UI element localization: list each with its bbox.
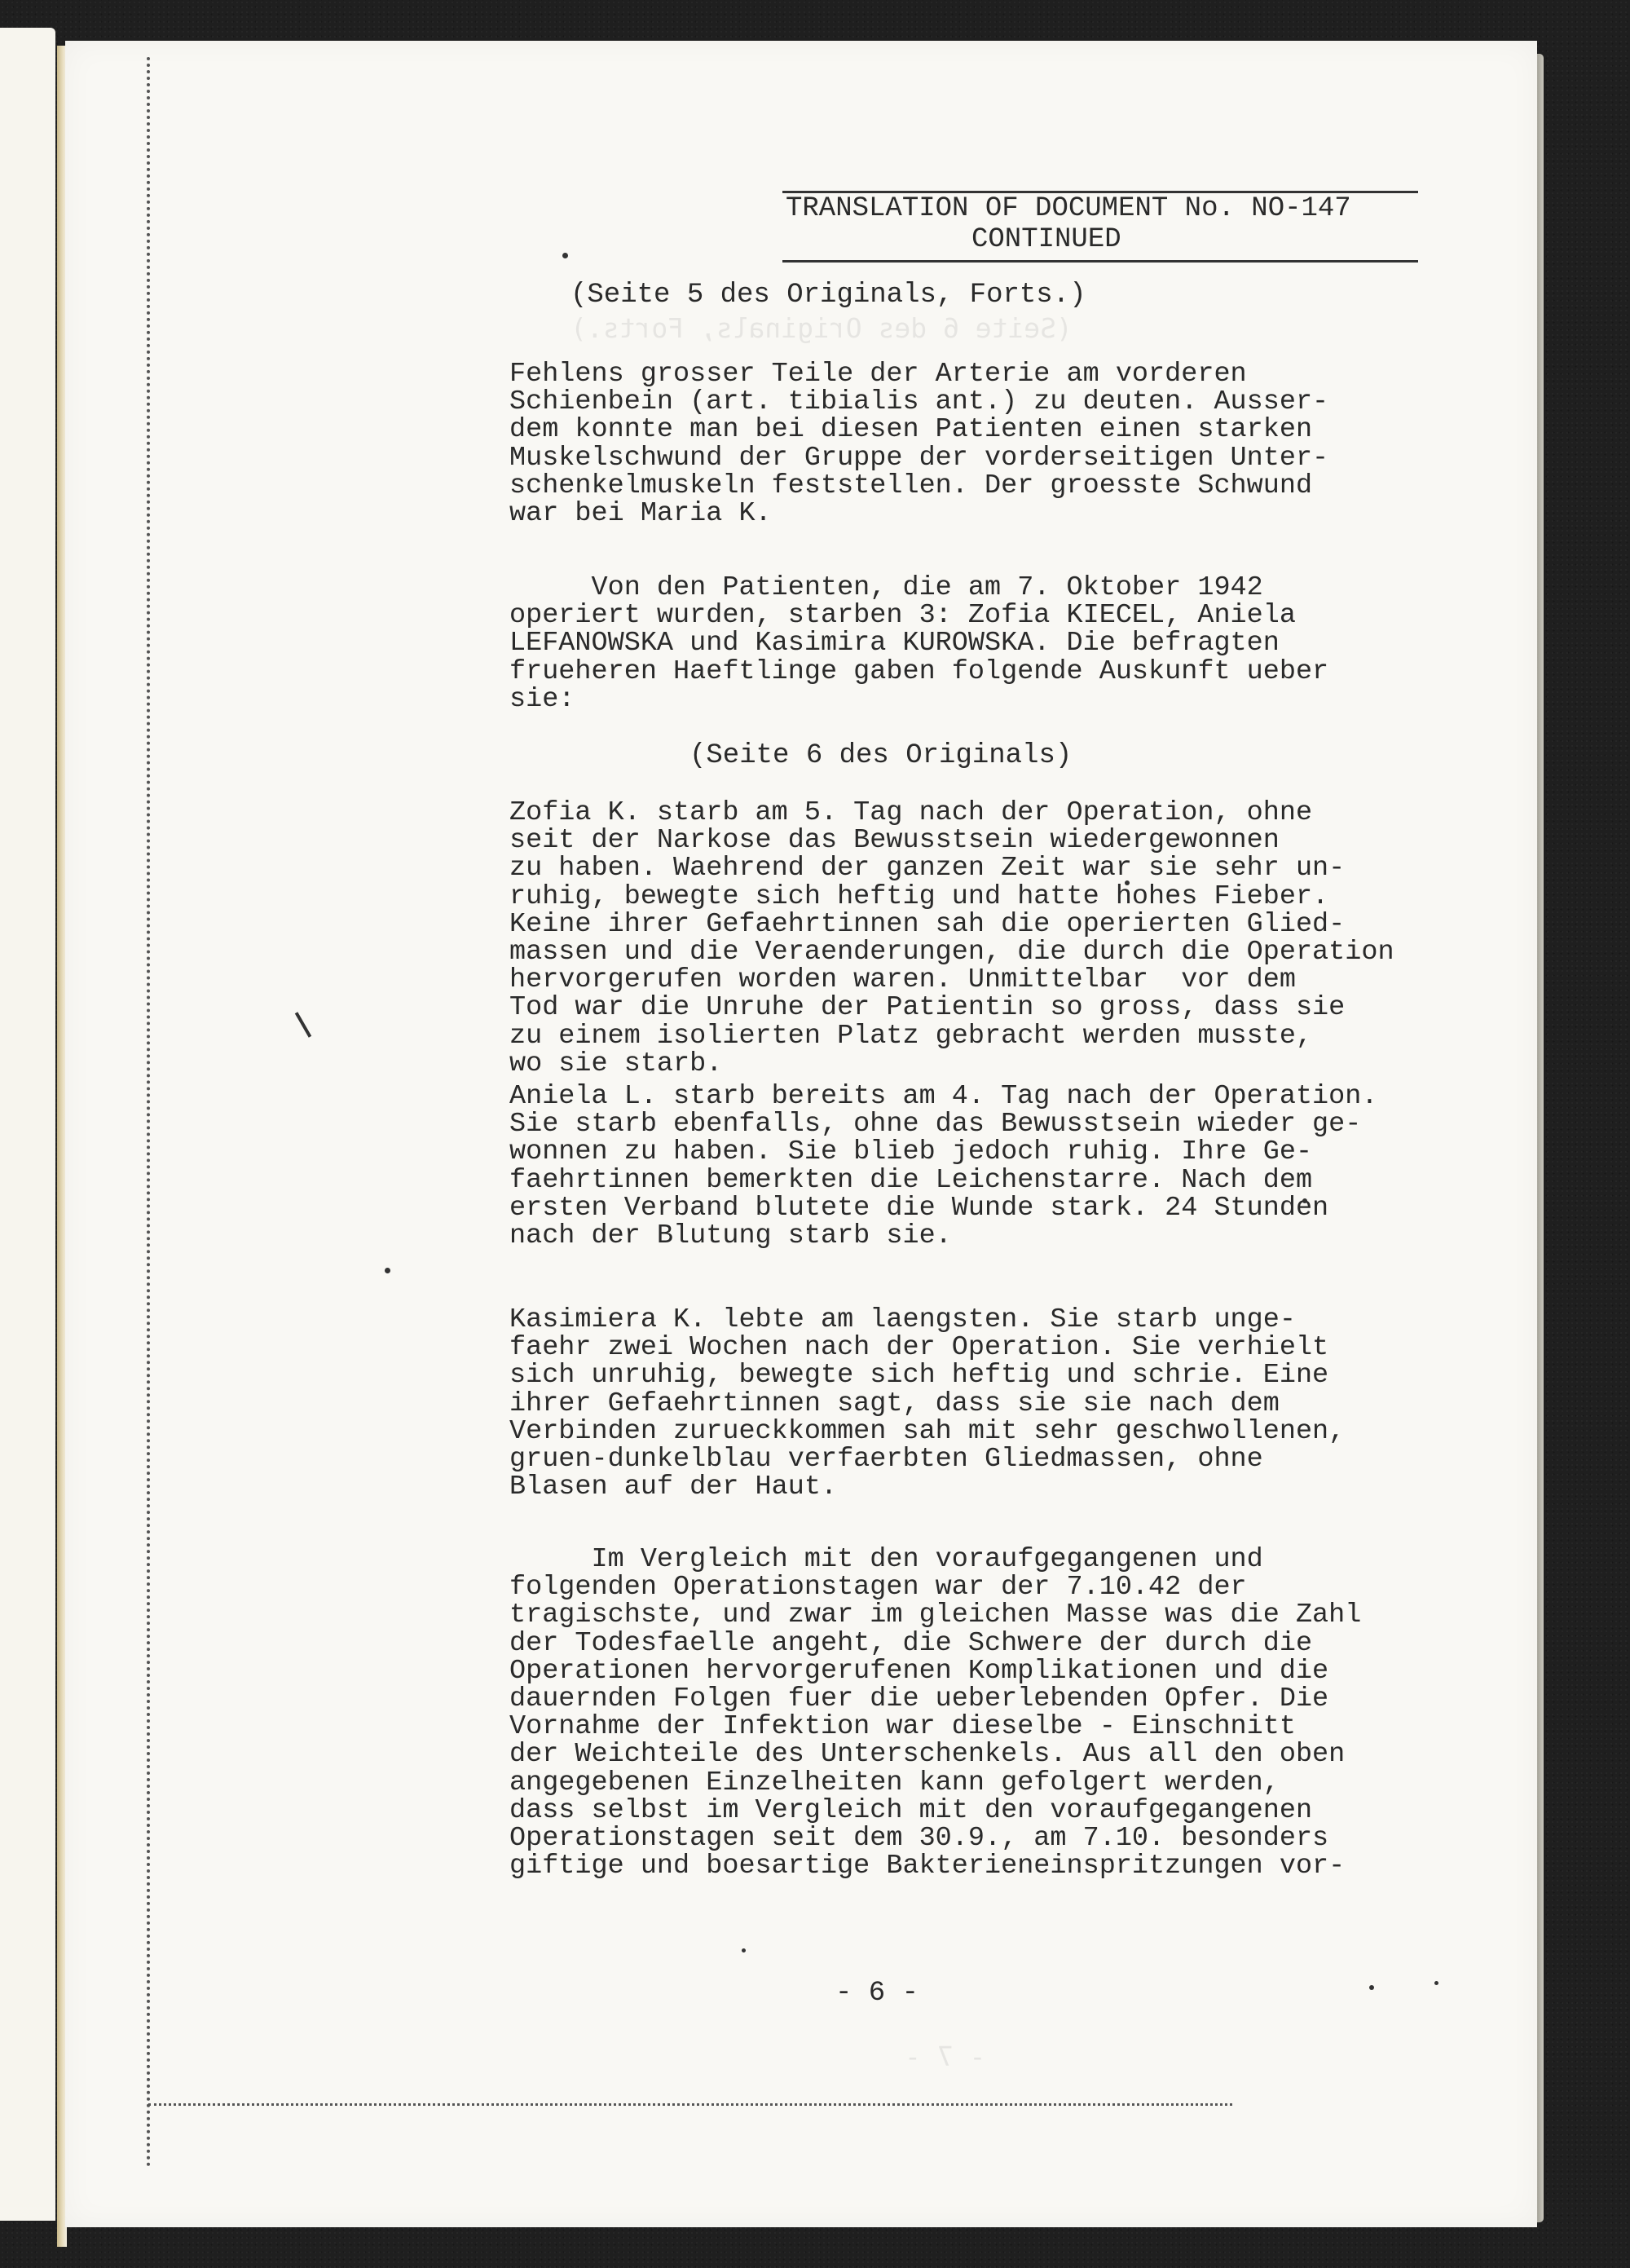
page-number: - 6 - bbox=[835, 1978, 919, 2009]
section-title-page-6: (Seite 6 des Originals) bbox=[689, 739, 1072, 772]
speck bbox=[1369, 1985, 1374, 1990]
document-page: (Seite 6 des Originals, Forts.) - 7 - TR… bbox=[65, 41, 1537, 2227]
typewritten-content: TRANSLATION OF DOCUMENT No. NO-147 CONTI… bbox=[65, 41, 1537, 2227]
speck bbox=[1302, 1198, 1307, 1203]
header-continued: CONTINUED bbox=[782, 224, 1418, 255]
section-title-page-5: (Seite 5 des Originals, Forts.) bbox=[570, 279, 1086, 311]
paragraph: Von den Patienten, die am 7. Oktober 194… bbox=[509, 574, 1430, 713]
paragraph: Zofia K. starb am 5. Tag nach der Operat… bbox=[509, 799, 1430, 1078]
paragraph: Fehlens grosser Teile der Arterie am vor… bbox=[509, 360, 1430, 527]
header-bottom-rule bbox=[782, 260, 1418, 263]
paragraph: Im Vergleich mit den voraufgegangenen un… bbox=[509, 1546, 1430, 1880]
speck bbox=[742, 1948, 746, 1953]
header-title: TRANSLATION OF DOCUMENT No. NO-147 bbox=[782, 193, 1418, 224]
paragraph: Kasimiera K. lebte am laengsten. Sie sta… bbox=[509, 1306, 1430, 1501]
speck bbox=[1434, 1981, 1438, 1985]
speck bbox=[385, 1268, 390, 1273]
document-header: TRANSLATION OF DOCUMENT No. NO-147 CONTI… bbox=[782, 191, 1418, 263]
previous-page-edge bbox=[0, 28, 55, 2221]
speck bbox=[562, 253, 568, 258]
speck bbox=[1125, 880, 1130, 885]
paragraph: Aniela L. starb bereits am 4. Tag nach d… bbox=[509, 1083, 1430, 1250]
